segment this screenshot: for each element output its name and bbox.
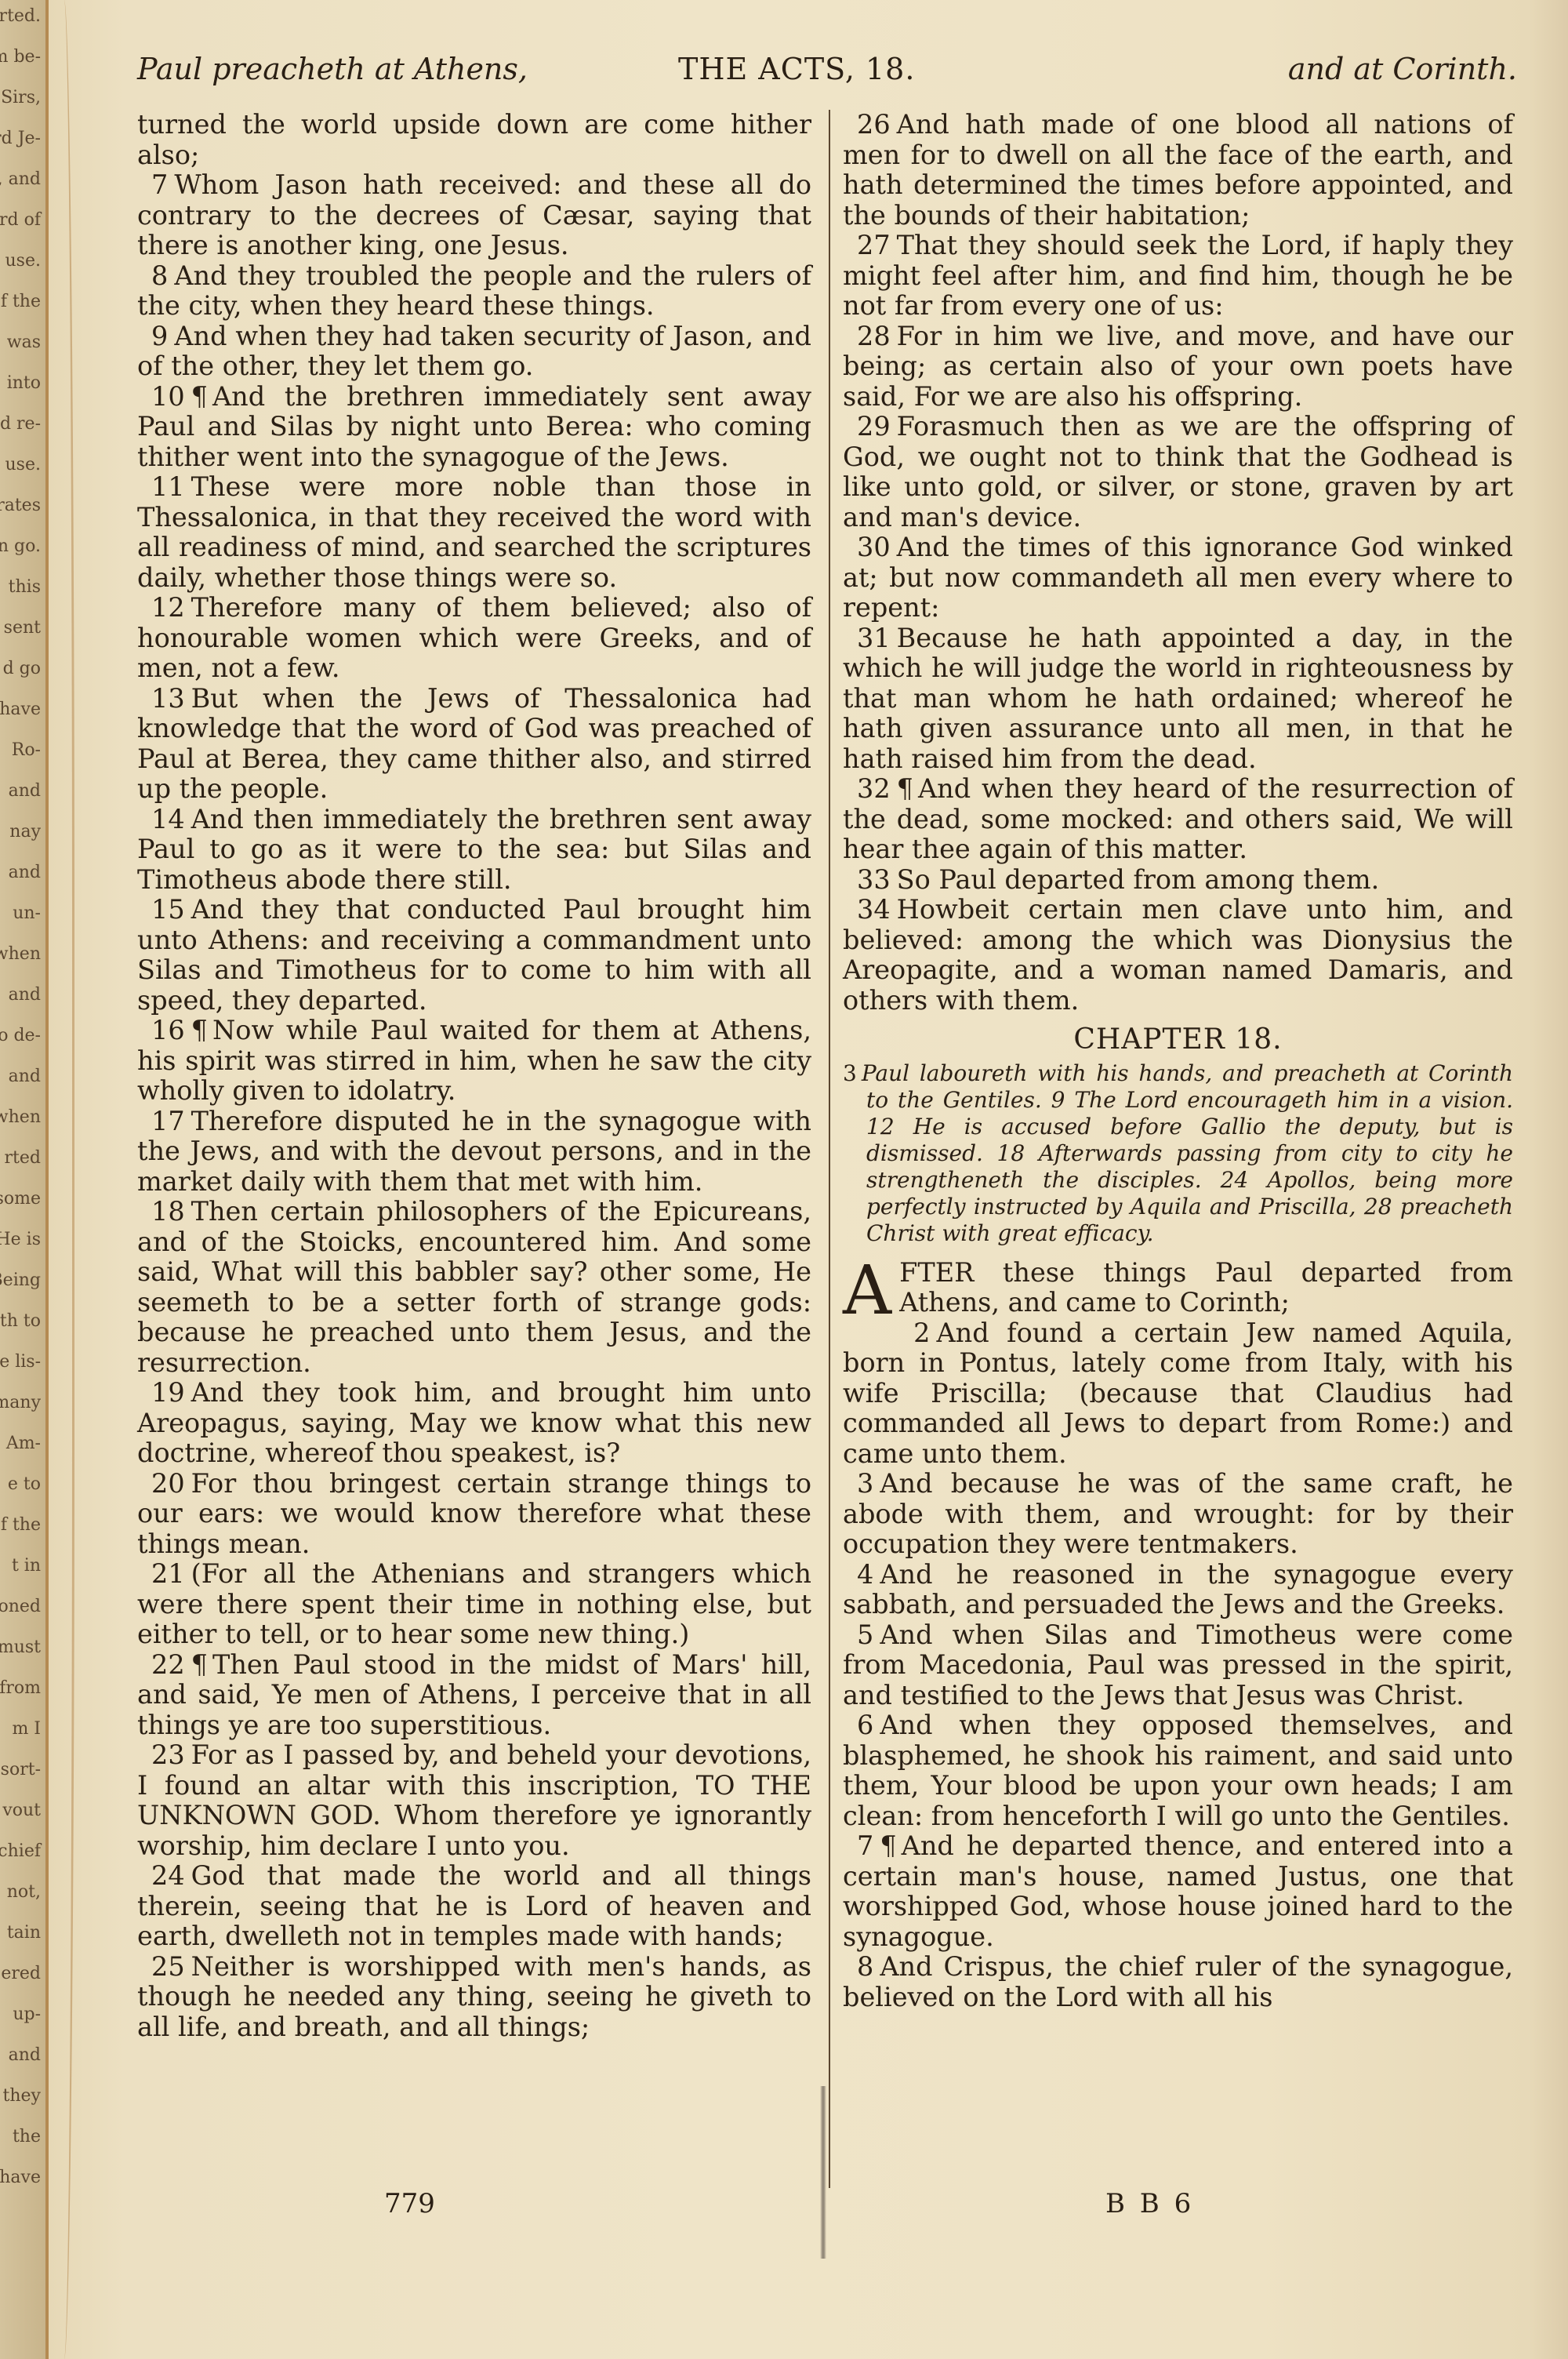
- verse-text: And because he was of the same craft, he…: [843, 1468, 1513, 1559]
- left-column: turned the world upside down are come hi…: [137, 110, 811, 2042]
- book-page: rted.m be-Sirs,rd Je-, andrd ofuse.f the…: [0, 0, 1568, 2359]
- verse-number: 5: [857, 1619, 873, 1650]
- previous-page-fragment: and: [9, 783, 41, 800]
- previous-page-fragment: , and: [0, 171, 41, 188]
- verse-number: 34: [857, 894, 891, 925]
- verse-text: Therefore many of them believed; also of…: [137, 592, 811, 683]
- verse-text: Therefore disputed he in the synagogue w…: [137, 1106, 811, 1197]
- water-stain: [49, 0, 74, 2359]
- verse-1-text: FTER these things Paul departed from Ath…: [899, 1257, 1513, 1318]
- verse-text: That they should seek the Lord, if haply…: [843, 230, 1513, 321]
- previous-page-fragment: many: [0, 1394, 41, 1412]
- verse: 21(For all the Athenians and strangers w…: [137, 1559, 811, 1650]
- verse-number: 33: [857, 864, 891, 895]
- verse-text: And found a certain Jew named Aquila, bo…: [843, 1318, 1513, 1469]
- previous-page-fragment: e lis-: [0, 1354, 41, 1371]
- verse-text: Now while Paul waited for them at Athens…: [137, 1015, 811, 1106]
- previous-page-fragment: e to: [8, 1476, 41, 1493]
- verse-number: 2: [913, 1318, 930, 1348]
- previous-page-fragment: not,: [7, 1884, 41, 1901]
- verse: 16¶Now while Paul waited for them at Ath…: [137, 1016, 811, 1107]
- verse-number: 20: [151, 1468, 185, 1499]
- running-head-left: Paul preacheth at Athens,: [137, 52, 528, 86]
- previous-page-fragment: use.: [5, 253, 41, 270]
- verse-text: God that made the world and all things t…: [137, 1860, 811, 1951]
- verse: 4And he reasoned in the synagogue every …: [843, 1560, 1513, 1620]
- verse-text: Because he hath appointed a day, in the …: [843, 623, 1513, 774]
- verse-text: And the brethren immediately sent away P…: [137, 381, 811, 472]
- verse-number: 12: [151, 592, 185, 623]
- previous-page-fragment: Being: [0, 1272, 41, 1289]
- verse-number: 10: [151, 381, 185, 412]
- running-head: Paul preacheth at Athens, THE ACTS, 18. …: [137, 47, 1517, 94]
- previous-page-fragment: Am-: [6, 1435, 41, 1452]
- verse-text: And when Silas and Timotheus were come f…: [843, 1619, 1513, 1710]
- previous-page-fragment: f the: [1, 1517, 41, 1534]
- verse-text: And they troubled the people and the rul…: [137, 260, 811, 322]
- verse: 7¶And he departed thence, and entered in…: [843, 1831, 1513, 1952]
- verse-text: So Paul departed from among them.: [897, 864, 1380, 895]
- chapter-heading: CHAPTER 18.: [843, 1025, 1513, 1056]
- summary-text: Paul laboureth with his hands, and preac…: [862, 1060, 1513, 1246]
- drop-cap: A: [843, 1261, 891, 1321]
- verse: 2And found a certain Jew named Aquila, b…: [843, 1318, 1513, 1470]
- verse-text: And the times of this ignorance God wink…: [843, 532, 1513, 623]
- previous-page-fragment: chief: [0, 1843, 41, 1860]
- previous-page-fragment: sent: [4, 620, 41, 637]
- previous-page-fragment: and: [9, 987, 41, 1004]
- previous-page-fragment: d go: [3, 660, 41, 678]
- verse-number: 7: [857, 1830, 873, 1861]
- previous-page-fragment: m be-: [0, 49, 41, 66]
- verse-text: And they took him, and brought him unto …: [137, 1377, 811, 1468]
- verse-number: 9: [151, 321, 168, 351]
- verse-text: And he departed thence, and entered into…: [843, 1830, 1513, 1952]
- verse: 3And because he was of the same craft, h…: [843, 1469, 1513, 1560]
- verse-text: Then Paul stood in the midst of Mars' hi…: [137, 1649, 811, 1740]
- previous-page-fragment: up-: [13, 2006, 41, 2023]
- previous-page-fragment: the: [13, 2128, 41, 2146]
- verse-text: For in him we live, and move, and have o…: [843, 321, 1513, 412]
- chapter-summary: 3Paul laboureth with his hands, and prea…: [843, 1060, 1513, 1247]
- verse-number: 26: [857, 109, 891, 140]
- acts-17-verses: 26And hath made of one blood all nations…: [843, 110, 1513, 1016]
- previous-page-fragment: tain: [7, 1925, 41, 1942]
- previous-page-fragment: un-: [13, 905, 41, 922]
- previous-page-fragment: this: [9, 579, 41, 596]
- verse-text: For thou bringest certain strange things…: [137, 1468, 811, 1559]
- verse-number: 21: [151, 1558, 185, 1589]
- verse-number: 32: [857, 773, 891, 804]
- previous-page-fragment: rd Je-: [0, 130, 41, 147]
- verse-text: And when they opposed themselves, and bl…: [843, 1710, 1513, 1831]
- summary-verse-number: 3: [843, 1060, 857, 1086]
- verse-number: 4: [857, 1559, 873, 1590]
- verse-number: 27: [857, 230, 891, 260]
- previous-page-fragment: was: [7, 334, 41, 351]
- verse-number: 8: [151, 260, 168, 291]
- previous-page-fragment: t in: [12, 1558, 41, 1575]
- verse: 18Then certain philosophers of the Epicu…: [137, 1197, 811, 1378]
- verse-text: And then immediately the brethren sent a…: [137, 804, 811, 895]
- previous-page-fragment: rates: [0, 497, 41, 514]
- verse-number: 28: [857, 321, 891, 351]
- previous-page-fragment: and: [9, 2047, 41, 2064]
- verse: 27That they should seek the Lord, if hap…: [843, 231, 1513, 322]
- verse-text: Neither is worshipped with men's hands, …: [137, 1951, 811, 2042]
- verse-text: turned the world upside down are come hi…: [137, 109, 811, 170]
- right-column: 26And hath made of one blood all nations…: [843, 110, 1513, 2012]
- verse-number: 8: [857, 1951, 873, 1982]
- verse: 29Forasmuch then as we are the offspring…: [843, 412, 1513, 533]
- verse-number: 19: [151, 1377, 185, 1408]
- verse: 32¶And when they heard of the resurrecti…: [843, 774, 1513, 865]
- verse-text: And when they had taken security of Jaso…: [137, 321, 811, 382]
- previous-page-fragment: when: [0, 946, 41, 963]
- acts-18-verses: 2And found a certain Jew named Aquila, b…: [843, 1318, 1513, 2013]
- previous-page-fragment: oned: [0, 1598, 41, 1616]
- previous-page-fragment: and: [9, 864, 41, 881]
- verse: 23For as I passed by, and beheld your de…: [137, 1740, 811, 1861]
- column-rule: [829, 110, 830, 2188]
- verse: 28For in him we live, and move, and have…: [843, 322, 1513, 413]
- verse: 22¶Then Paul stood in the midst of Mars'…: [137, 1650, 811, 1741]
- verse-number: 25: [151, 1951, 185, 1982]
- verse: 8And they troubled the people and the ru…: [137, 261, 811, 322]
- verse: 11These were more noble than those in Th…: [137, 472, 811, 593]
- previous-page-fragment: nay: [9, 823, 41, 841]
- previous-page-fragment: Sirs,: [1, 89, 41, 107]
- previous-page-fragment: they: [3, 2088, 41, 2105]
- previous-page-fragment: He is: [0, 1231, 41, 1249]
- verse: 30And the times of this ignorance God wi…: [843, 533, 1513, 623]
- previous-page-fragment: must: [0, 1639, 41, 1656]
- previous-page-fragment: Ro-: [12, 742, 41, 759]
- verse: 20For thou bringest certain strange thin…: [137, 1469, 811, 1560]
- verse: 26And hath made of one blood all nations…: [843, 110, 1513, 231]
- previous-page-fragment: from: [0, 1680, 41, 1697]
- verse-text: (For all the Athenians and strangers whi…: [137, 1558, 811, 1649]
- previous-page-fragment: ered: [1, 1965, 41, 1983]
- verse-number: 11: [151, 471, 185, 502]
- previous-page-fragment: rted: [5, 1150, 41, 1167]
- previous-page-fragment: f the: [1, 293, 41, 311]
- verse-text: But when the Jews of Thessalonica had kn…: [137, 683, 811, 805]
- previous-page-edge: rted.m be-Sirs,rd Je-, andrd ofuse.f the…: [0, 0, 49, 2359]
- verse: turned the world upside down are come hi…: [137, 110, 811, 170]
- previous-page-fragment: rd of: [0, 212, 41, 229]
- verse-number: 31: [857, 623, 891, 653]
- previous-page-fragment: have: [0, 2169, 41, 2186]
- verse: 33So Paul departed from among them.: [843, 865, 1513, 896]
- verse-number: 7: [151, 169, 168, 200]
- running-head-right: and at Corinth.: [1288, 52, 1517, 86]
- pilcrow-icon: ¶: [191, 1649, 208, 1680]
- previous-page-fragment: use.: [5, 456, 41, 474]
- verse-number: 16: [151, 1015, 185, 1045]
- previous-page-fragment: vout: [2, 1802, 41, 1819]
- previous-page-fragment: and: [9, 1068, 41, 1085]
- pilcrow-icon: ¶: [897, 773, 913, 804]
- verse-text: For as I passed by, and beheld your devo…: [137, 1739, 811, 1861]
- verse: 12Therefore many of them believed; also …: [137, 593, 811, 684]
- verse-number: 6: [857, 1710, 873, 1740]
- verse-number: 13: [151, 683, 185, 714]
- verse: 17Therefore disputed he in the synagogue…: [137, 1107, 811, 1198]
- pilcrow-icon: ¶: [191, 1015, 208, 1045]
- previous-page-fragment: some: [0, 1190, 41, 1208]
- verse: 8And Crispus, the chief ruler of the syn…: [843, 1952, 1513, 2012]
- verse-text: Whom Jason hath received: and these all …: [137, 169, 811, 260]
- verse-number: 30: [857, 532, 891, 562]
- verse-text: And they that conducted Paul brought him…: [137, 894, 811, 1016]
- previous-page-fragment: th to: [0, 1313, 41, 1330]
- verse-text: And hath made of one blood all nations o…: [843, 109, 1513, 231]
- verse-number: 29: [857, 411, 891, 442]
- previous-page-fragment: sort-: [1, 1761, 41, 1779]
- verse: 25Neither is worshipped with men's hands…: [137, 1952, 811, 2043]
- verse-number: 23: [151, 1739, 185, 1770]
- verse-number: 3: [857, 1468, 873, 1499]
- verse-number: 15: [151, 894, 185, 925]
- bookmark-thread: [815, 2086, 831, 2259]
- verse-number: 18: [151, 1196, 185, 1227]
- verse-number: 14: [151, 804, 185, 834]
- previous-page-fragment: rted.: [0, 8, 41, 25]
- verse: 6And when they opposed themselves, and b…: [843, 1710, 1513, 1831]
- previous-page-fragment: n go.: [0, 538, 41, 555]
- previous-page-fragment: d re-: [0, 416, 41, 433]
- previous-page-fragment: have: [0, 701, 41, 718]
- verse-text: Then certain philosophers of the Epicure…: [137, 1196, 811, 1378]
- verse-text: And Crispus, the chief ruler of the syna…: [843, 1951, 1513, 2012]
- verse-text: Forasmuch then as we are the offspring o…: [843, 411, 1513, 533]
- verse: 10¶And the brethren immediately sent awa…: [137, 382, 811, 473]
- verse: 13But when the Jews of Thessalonica had …: [137, 684, 811, 805]
- page-number: 779: [384, 2188, 435, 2219]
- verse-1: AFTER these things Paul departed from At…: [843, 1258, 1513, 1318]
- previous-page-fragment: when: [0, 1109, 41, 1126]
- verse-text: These were more noble than those in Thes…: [137, 471, 811, 593]
- previous-page-fragment: into: [7, 375, 41, 392]
- verse-text: And when they heard of the resurrection …: [843, 773, 1513, 864]
- pilcrow-icon: ¶: [880, 1830, 896, 1861]
- verse-text: Howbeit certain men clave unto him, and …: [843, 894, 1513, 1016]
- previous-page-fragment: m I: [12, 1721, 41, 1738]
- verse: 7Whom Jason hath received: and these all…: [137, 170, 811, 261]
- verse: 5And when Silas and Timotheus were come …: [843, 1620, 1513, 1711]
- verse: 24God that made the world and all things…: [137, 1861, 811, 1952]
- verse: 31Because he hath appointed a day, in th…: [843, 623, 1513, 775]
- verse: 15And they that conducted Paul brought h…: [137, 895, 811, 1016]
- running-head-title: THE ACTS, 18.: [678, 52, 915, 86]
- verse: 19And they took him, and brought him unt…: [137, 1378, 811, 1469]
- verse-number: 24: [151, 1860, 185, 1891]
- verse: 34Howbeit certain men clave unto him, an…: [843, 895, 1513, 1016]
- verse: 14And then immediately the brethren sent…: [137, 805, 811, 896]
- previous-page-fragment: o de-: [0, 1027, 41, 1045]
- signature-mark: B B 6: [1105, 2188, 1194, 2219]
- pilcrow-icon: ¶: [191, 381, 208, 412]
- verse: 9And when they had taken security of Jas…: [137, 322, 811, 382]
- verse-text: And he reasoned in the synagogue every s…: [843, 1559, 1513, 1620]
- verse-number: 17: [151, 1106, 185, 1136]
- verse-number: 22: [151, 1649, 185, 1680]
